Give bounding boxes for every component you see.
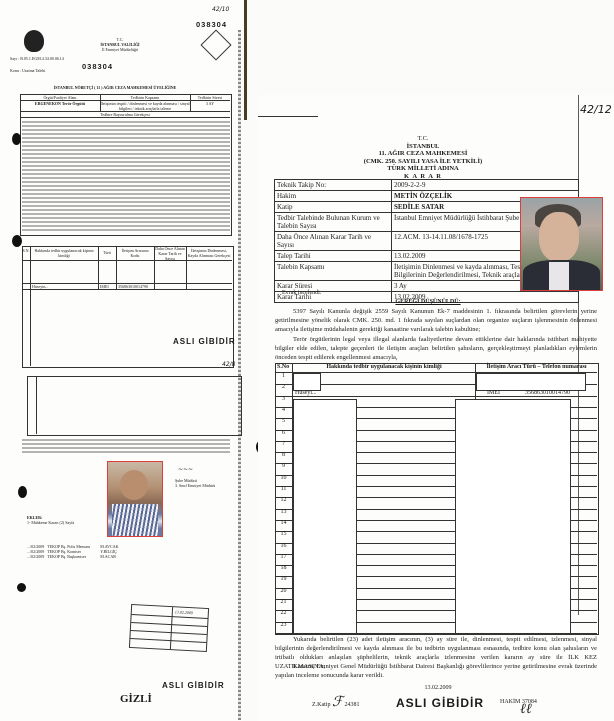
list-header-sno: S.No	[277, 364, 289, 371]
section-title: GEREĞİ DÜŞÜNÜLDÜ:	[358, 299, 498, 306]
dist-date: .../02/2009	[27, 554, 44, 559]
clerk-id: 24381	[345, 702, 360, 708]
certified-copy-stamp: ASLI GİBİDİR	[173, 338, 236, 345]
row-number: 6	[275, 430, 292, 437]
row-number: 20	[275, 588, 292, 595]
dist-unit: TEKOP Bş. Başkomiser	[47, 554, 97, 559]
received-stamp-icon	[200, 29, 231, 60]
row-number: 9	[275, 463, 292, 470]
court-header: T.C. İSTANBUL 11. AĞIR CEZA MAHKEMESİ (C…	[338, 135, 508, 180]
row-number: 19	[275, 576, 292, 583]
row-number: 10	[275, 475, 292, 482]
evrak-note: Evrak incelendi.	[282, 290, 321, 297]
row-number: 15	[275, 531, 292, 538]
clerk-signature: Z.Katip ℱ 24381	[312, 699, 360, 709]
addressee: İSTANBUL NÖBETÇİ ( 11 ) AĞIR CEZA MAHKEM…	[30, 85, 200, 90]
scan-border	[244, 0, 247, 120]
summary-duration: 3 AY	[190, 101, 230, 106]
distribution-list: .../02/2009TEKOP Bş. Polis MemuruM.AVCAK…	[27, 544, 167, 559]
signature-block: Şube Müdürü 3. Sınıf Emniyet Müdürü	[175, 478, 215, 488]
right-document-page: 42/12 T.C. İSTANBUL 11. AĞIR CEZA MAHKEM…	[258, 95, 614, 721]
row-number: 23	[275, 622, 292, 629]
info-label: Teknik Takip No:	[275, 180, 392, 191]
decision-date: 13.02.2009	[408, 685, 468, 692]
scan-edge	[238, 30, 241, 720]
closing-text-lines	[22, 437, 230, 455]
target-list-table: S.No Hakkında tedbir uygulanacak kişinin…	[275, 363, 597, 633]
list-header-identity: Hakkında tedbir uygulanacak kişinin kiml…	[293, 364, 475, 371]
row-number: 1	[275, 373, 292, 380]
continuation-table	[27, 376, 242, 436]
target-3-number: 356863010014790	[525, 390, 570, 397]
row-number: 7	[275, 441, 292, 448]
ref-line: Sayı : B.05.1.EGM.4.34.00.06.14	[10, 56, 64, 61]
row-number: 12	[275, 497, 292, 504]
dist-name: M.ACAR	[100, 554, 116, 559]
row-number: 17	[275, 554, 292, 561]
punch-hole	[17, 583, 26, 592]
targets-header-code: İletişim Aracının Kodu	[117, 248, 153, 258]
row-number: 8	[275, 452, 292, 459]
body-text-lines	[22, 119, 230, 233]
row-number: 22	[275, 610, 292, 617]
list-header-phone: İletişim Aracı Türü – Telefon numarası	[476, 364, 597, 371]
targets-header-type: Türü	[99, 250, 115, 255]
paragraph-2: Terör örgütlerinin legal veya illegal al…	[275, 335, 597, 362]
routing-stamp: 13.02.2009	[129, 604, 209, 652]
row-number: 2	[275, 384, 292, 391]
stamp-number: 038304	[82, 62, 113, 71]
targets-header-previous: Daha Önce Alınan Karar Tarih ve Sayısı	[155, 246, 185, 261]
redaction-box	[293, 373, 321, 391]
judge-signature-scribble: ℓℓ	[520, 701, 532, 718]
punch-hole	[12, 235, 22, 247]
target-3-type: IMEI	[100, 284, 109, 289]
photo-bald-man	[107, 461, 163, 537]
redaction-box	[293, 399, 357, 634]
subject-value: Uzatma Talebi	[22, 68, 45, 73]
judge-label: HAKİM	[500, 699, 520, 705]
paragraph-1: 5397 Sayılı Kanunla değişik 2559 Sayılı …	[275, 307, 597, 334]
target-3-type: IMEI	[487, 390, 500, 397]
target-3-code: 356863010014790	[118, 284, 148, 289]
row-number: 13	[275, 509, 292, 516]
info-label: Katip	[275, 202, 392, 213]
tc-label: T.C.	[338, 135, 508, 143]
info-label: Daha Önce Alınan Karar Tarih ve Sayısı	[275, 232, 392, 251]
letterhead: T.C. İSTANBUL VALİLİĞİ İl Emniyet Müdürl…	[80, 37, 160, 52]
page-number-2: 42/8	[222, 361, 235, 368]
redaction-box	[455, 399, 571, 634]
row-number: 18	[275, 565, 292, 572]
certified-copy-stamp: ASLI GİBİDİR	[396, 696, 484, 710]
target-3-name: Hüseyi...	[295, 390, 317, 397]
redaction-box	[476, 373, 586, 391]
punch-hole	[12, 133, 21, 145]
info-label: Talebin Kapsamı	[275, 262, 392, 281]
row-number: 16	[275, 543, 292, 550]
info-label: Talep Tarihi	[275, 251, 392, 262]
attachment-item: 1- Mahkeme Kararı (2) Sayfa	[27, 520, 74, 525]
punch-hole	[18, 486, 27, 498]
row-number: 3	[275, 396, 292, 403]
signature-scribble: ~~~	[178, 466, 193, 473]
ref-number: B.05.1.EGM.4.34.00.06.14	[20, 56, 64, 61]
row-number: 5	[275, 418, 292, 425]
clerk-label: Z.Katip	[312, 702, 331, 708]
page-number: 42/10	[212, 6, 229, 13]
summary-org: ERGENEKON Terör Örgütü	[20, 101, 100, 106]
department-name: İl Emniyet Müdürlüğü	[80, 47, 160, 52]
left-document-page: 42/10 T.C. İSTANBUL VALİLİĞİ İl Emniyet …	[0, 0, 243, 721]
routing-stamp-date: 13.02.2009	[175, 609, 193, 615]
targets-table	[22, 246, 234, 368]
targets-header-identity: Hakkında tedbir uygulanacak kişinin kiml…	[31, 248, 97, 258]
classification-label: GİZLİ	[120, 693, 152, 705]
page-number: 42/12	[580, 103, 612, 116]
nation-label: TÜRK MİLLETİ ADINA	[338, 165, 508, 173]
info-label: Tedbir Talebinde Bulunan Kurum ve Talebi…	[275, 213, 392, 232]
subject-line: Konu : Uzatma Talebi	[10, 68, 45, 73]
distribution-row: .../02/2009TEKOP Bş. BaşkomiserM.ACAR	[27, 554, 167, 559]
targets-header-reason: İletişimin Dinlenmesi, Kayda Alınması Ge…	[187, 248, 231, 258]
info-value: 2009-2-2-9	[392, 180, 579, 191]
target-3-name: Hüseyin...	[32, 284, 48, 289]
info-label: Hakim	[275, 191, 392, 202]
subject-label: Konu	[10, 68, 19, 73]
certified-copy-stamp-bottom: ASLI GİBİDİR	[162, 681, 225, 690]
signature-title-2: 3. Sınıf Emniyet Müdürü	[175, 483, 215, 488]
court-name: 11. AĞIR CEZA MAHKEMESİ	[338, 150, 508, 158]
stamp-number-top: 038304	[196, 20, 227, 29]
paragraph-4: Kararın, Emniyet Genel Müdürlüğü İstihba…	[275, 662, 597, 680]
summary-scope: İletişimin tespiti / dinlenmesi ve kayda…	[100, 101, 190, 111]
city-label: İSTANBUL	[338, 143, 508, 151]
targets-header-sn: S.N.	[22, 248, 30, 253]
court-authority: (CMK. 250. SAYILI YASA İLE YETKİLİ)	[338, 158, 508, 166]
row-number: 21	[275, 599, 292, 606]
row-number: 14	[275, 520, 292, 527]
emblem-icon	[24, 30, 44, 52]
photo-man-portrait	[520, 197, 603, 291]
row-number: 11	[275, 486, 292, 493]
row-number: 4	[275, 407, 292, 414]
info-row: Teknik Takip No:2009-2-2-9	[275, 180, 579, 191]
